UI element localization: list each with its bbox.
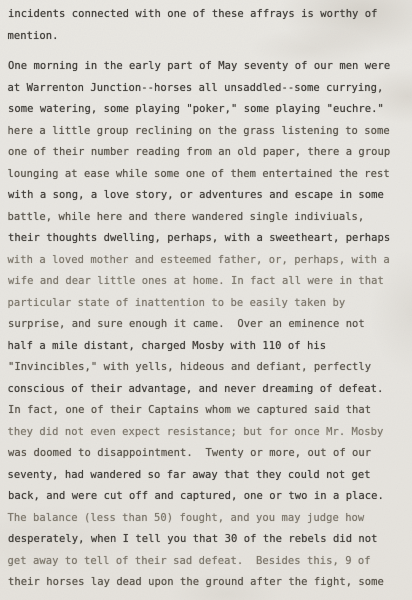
typewritten-text: incidents connected with one of these af… [8,4,410,594]
text-line: lounging at ease while some one of them … [8,164,410,186]
text-line: The balance (less than 50) fought, and y… [8,508,410,530]
text-line: their thoughts dwelling, perhaps, with a… [8,228,410,250]
text-line: mention. [8,26,410,48]
paragraph-1: incidents connected with one of these af… [8,4,410,47]
text-line: back, and were cut off and captured, one… [8,486,410,508]
text-line: seventy, had wandered so far away that t… [8,465,410,487]
text-line: with a loved mother and esteemed father,… [8,250,410,272]
text-line: was doomed to disappointment. Twenty or … [8,443,410,465]
text-line: battle, while here and there wandered si… [8,207,410,229]
text-line: at Warrenton Junction--horses all unsadd… [8,78,410,100]
text-line: desperately, when I tell you that 30 of … [8,529,410,551]
text-line: incidents connected with one of these af… [8,4,410,26]
text-line: one of their number reading from an old … [8,142,410,164]
text-line: their horses lay dead upon the ground af… [8,572,410,594]
text-line: particular state of inattention to be ea… [8,293,410,315]
text-line: In fact, one of their Captains whom we c… [8,400,410,422]
paragraph-2: One morning in the early part of May sev… [8,56,410,594]
scanned-document-page: incidents connected with one of these af… [0,0,412,600]
text-line: wife and dear little ones at home. In fa… [8,271,410,293]
text-line: here a little group reclining on the gra… [8,121,410,143]
text-line: "Invincibles," with yells, hideous and d… [8,357,410,379]
text-line: they did not even expect resistance; but… [8,422,410,444]
text-line: some watering, some playing "poker," som… [8,99,410,121]
text-line: get away to tell of their sad defeat. Be… [8,551,410,573]
text-line: surprise, and sure enough it came. Over … [8,314,410,336]
text-line: with a song, a love story, or adventures… [8,185,410,207]
text-line: half a mile distant, charged Mosby with … [8,336,410,358]
text-line: One morning in the early part of May sev… [8,56,410,78]
text-line: conscious of their advantage, and never … [8,379,410,401]
